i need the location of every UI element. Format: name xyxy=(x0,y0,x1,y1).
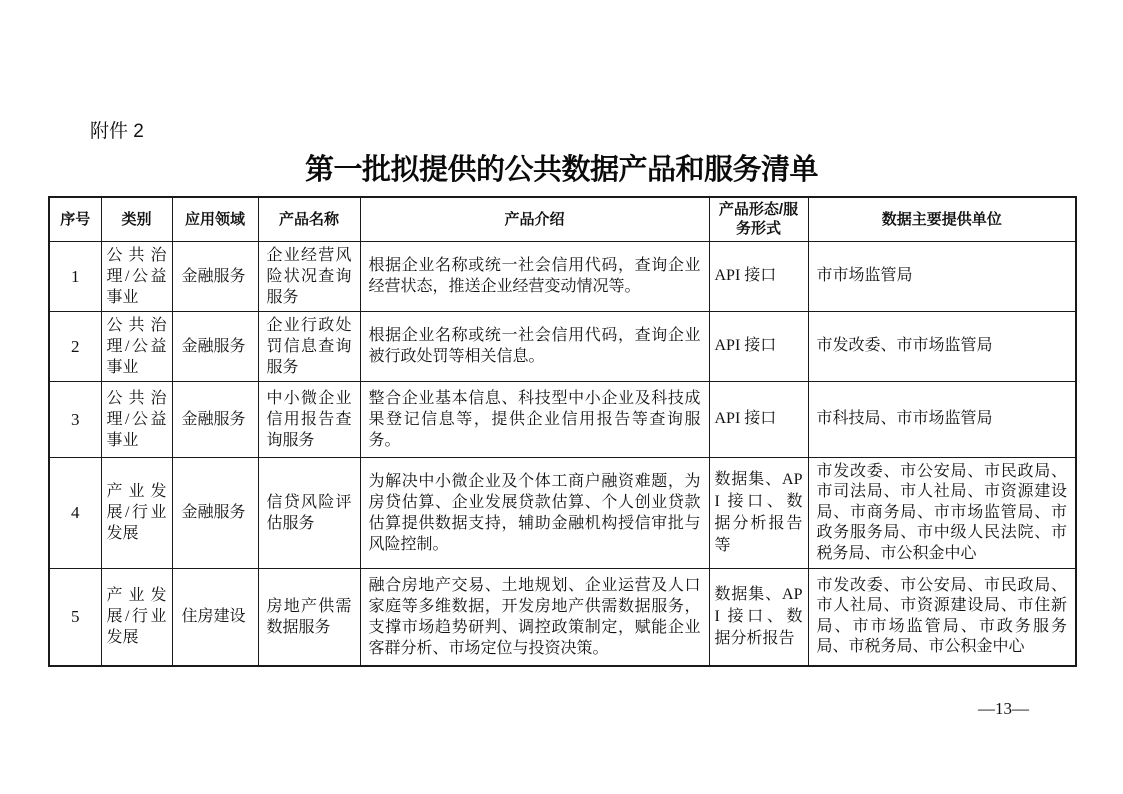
table-body: 1公共治理/公益事业金融服务企业经营风险状况查询服务根据企业名称或统一社会信用代… xyxy=(49,241,1076,666)
cell-product-form: API 接口 xyxy=(709,311,808,381)
table-header-row: 序号 类别 应用领域 产品名称 产品介绍 产品形态/服务形式 数据主要提供单位 xyxy=(49,197,1076,241)
cell-application-field: 金融服务 xyxy=(172,311,258,381)
table-row: 5产业发展/行业发展住房建设房地产供需数据服务融合房地产交易、土地规划、企业运营… xyxy=(49,569,1076,666)
table-row: 3公共治理/公益事业金融服务中小微企业信用报告查询服务整合企业基本信息、科技型中… xyxy=(49,381,1076,457)
cell-product-form: API 接口 xyxy=(709,381,808,457)
cell-product-name: 房地产供需数据服务 xyxy=(258,569,360,666)
document-page: 附件 2 第一批拟提供的公共数据产品和服务清单 序号 类别 应用领域 产品名称 … xyxy=(0,0,1123,794)
cell-product-intro: 为解决中小微企业及个体工商户融资难题，为房贷估算、企业发展贷款估算、个人创业贷款… xyxy=(360,457,709,569)
cell-category: 产业发展/行业发展 xyxy=(101,569,172,666)
cell-product-name: 企业经营风险状况查询服务 xyxy=(258,241,360,311)
cell-serial: 2 xyxy=(49,311,101,381)
header-category: 类别 xyxy=(101,197,172,241)
table-row: 1公共治理/公益事业金融服务企业经营风险状况查询服务根据企业名称或统一社会信用代… xyxy=(49,241,1076,311)
header-product-intro: 产品介绍 xyxy=(360,197,709,241)
cell-serial: 5 xyxy=(49,569,101,666)
cell-providers: 市发改委、市市场监管局 xyxy=(808,311,1076,381)
attachment-label: 附件 2 xyxy=(90,116,144,143)
header-product-name: 产品名称 xyxy=(258,197,360,241)
page-title: 第一批拟提供的公共数据产品和服务清单 xyxy=(0,147,1123,188)
cell-serial: 3 xyxy=(49,381,101,457)
header-product-form: 产品形态/服务形式 xyxy=(709,197,808,241)
cell-category: 产业发展/行业发展 xyxy=(101,457,172,569)
header-providers: 数据主要提供单位 xyxy=(808,197,1076,241)
products-table: 序号 类别 应用领域 产品名称 产品介绍 产品形态/服务形式 数据主要提供单位 … xyxy=(48,196,1077,667)
table-row: 4产业发展/行业发展金融服务信贷风险评估服务为解决中小微企业及个体工商户融资难题… xyxy=(49,457,1076,569)
cell-category: 公共治理/公益事业 xyxy=(101,241,172,311)
cell-serial: 1 xyxy=(49,241,101,311)
cell-providers: 市市场监管局 xyxy=(808,241,1076,311)
cell-serial: 4 xyxy=(49,457,101,569)
cell-application-field: 金融服务 xyxy=(172,381,258,457)
cell-product-name: 中小微企业信用报告查询服务 xyxy=(258,381,360,457)
cell-product-intro: 融合房地产交易、土地规划、企业运营及人口家庭等多维数据，开发房地产供需数据服务，… xyxy=(360,569,709,666)
cell-application-field: 金融服务 xyxy=(172,241,258,311)
cell-product-name: 信贷风险评估服务 xyxy=(258,457,360,569)
header-application-field: 应用领域 xyxy=(172,197,258,241)
table-row: 2公共治理/公益事业金融服务企业行政处罚信息查询服务根据企业名称或统一社会信用代… xyxy=(49,311,1076,381)
cell-providers: 市发改委、市公安局、市民政局、市人社局、市资源建设局、市住新局、市市场监管局、市… xyxy=(808,569,1076,666)
cell-category: 公共治理/公益事业 xyxy=(101,311,172,381)
cell-product-intro: 根据企业名称或统一社会信用代码，查询企业经营状态，推送企业经营变动情况等。 xyxy=(360,241,709,311)
cell-providers: 市发改委、市公安局、市民政局、市司法局、市人社局、市资源建设局、市商务局、市市场… xyxy=(808,457,1076,569)
cell-product-form: 数据集、API 接口、数据分析报告 xyxy=(709,569,808,666)
cell-product-form: API 接口 xyxy=(709,241,808,311)
cell-providers: 市科技局、市市场监管局 xyxy=(808,381,1076,457)
cell-category: 公共治理/公益事业 xyxy=(101,381,172,457)
cell-product-form: 数据集、API 接口、数据分析报告等 xyxy=(709,457,808,569)
cell-application-field: 住房建设 xyxy=(172,569,258,666)
cell-product-intro: 整合企业基本信息、科技型中小企业及科技成果登记信息等，提供企业信用报告等查询服务… xyxy=(360,381,709,457)
cell-product-intro: 根据企业名称或统一社会信用代码，查询企业被行政处罚等相关信息。 xyxy=(360,311,709,381)
header-serial: 序号 xyxy=(49,197,101,241)
cell-product-name: 企业行政处罚信息查询服务 xyxy=(258,311,360,381)
cell-application-field: 金融服务 xyxy=(172,457,258,569)
page-number: —13— xyxy=(978,699,1029,719)
